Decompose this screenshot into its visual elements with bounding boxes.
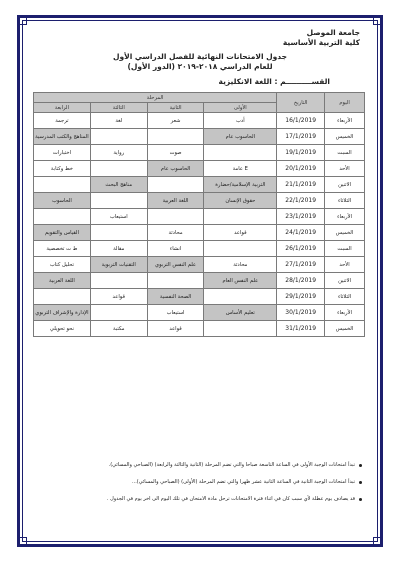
cell-stage-3: التقنيات التربوية: [90, 257, 147, 273]
cell-date: 31/1/2019: [277, 321, 325, 337]
cell-stage-2: علم النفس التربوي: [147, 257, 204, 273]
note-text: قد يصادف يوم عطلة لأي سبب كان في اثناء ف…: [107, 496, 355, 502]
cell-stage-3: [90, 225, 147, 241]
note-item: قد يصادف يوم عطلة لأي سبب كان في اثناء ف…: [32, 496, 362, 502]
cell-day: الأحد: [325, 161, 365, 177]
cell-stage-3: مقالة: [90, 241, 147, 257]
cell-day: الخميس: [325, 225, 365, 241]
col-header-stage-4: الرابعة: [34, 103, 91, 113]
col-header-stage: المرحلة: [34, 93, 277, 103]
exam-schedule-table: اليوم التاريخ المرحلة الأولى الثانية الث…: [33, 92, 365, 337]
corner-ornament: [373, 17, 381, 25]
cell-day: الأربعاء: [325, 209, 365, 225]
table-row: الأربعاء23/1/2019استيعاب: [34, 209, 365, 225]
cell-day: الاثنين: [325, 273, 365, 289]
schedule-title: جدول الامتحانات النهائية للفصل الدراسي ا…: [0, 52, 400, 62]
cell-day: الاثنين: [325, 177, 365, 193]
cell-stage-2: انشاء: [147, 241, 204, 257]
cell-stage-1: [204, 289, 277, 305]
cell-day: الأربعاء: [325, 305, 365, 321]
cell-day: السبت: [325, 145, 365, 161]
cell-stage-1: أدب: [204, 113, 277, 129]
cell-stage-1: تعليم الأساس: [204, 305, 277, 321]
cell-date: 26/1/2019: [277, 241, 325, 257]
cell-stage-1: E عامة: [204, 161, 277, 177]
corner-ornament: [19, 17, 27, 25]
cell-date: 30/1/2019: [277, 305, 325, 321]
cell-date: 16/1/2019: [277, 113, 325, 129]
col-header-day: اليوم: [325, 93, 365, 113]
cell-stage-4: ترجمة: [34, 113, 91, 129]
cell-day: الثلاثاء: [325, 289, 365, 305]
note-item: تبدأ امتحانات الوجبة الأولى في الساعة ال…: [32, 462, 362, 468]
col-header-date: التاريخ: [277, 93, 325, 113]
cell-stage-2: محادثة: [147, 225, 204, 241]
cell-day: الثلاثاء: [325, 193, 365, 209]
table-body: الأربعاء16/1/2019أدبشعرلغةترجمةالخميس17/…: [34, 113, 365, 337]
cell-stage-2: الصحة النفسية: [147, 289, 204, 305]
cell-date: 17/1/2019: [277, 129, 325, 145]
university-name: جامعة الموصل: [283, 28, 360, 38]
cell-date: 23/1/2019: [277, 209, 325, 225]
college-name: كلية التربية الأساسية: [283, 38, 360, 48]
cell-day: السبت: [325, 241, 365, 257]
cell-stage-3: [90, 273, 147, 289]
cell-stage-1: قواعد: [204, 225, 277, 241]
cell-stage-3: [90, 193, 147, 209]
cell-stage-1: حقوق الإنسان: [204, 193, 277, 209]
cell-stage-1: علم النفس العام: [204, 273, 277, 289]
cell-stage-2: شعر: [147, 113, 204, 129]
cell-stage-2: [147, 129, 204, 145]
corner-ornament: [19, 537, 27, 545]
bullet-icon: [359, 464, 362, 467]
cell-stage-2: قواعد: [147, 321, 204, 337]
cell-stage-3: لغة: [90, 113, 147, 129]
bullet-icon: [359, 481, 362, 484]
cell-date: 21/1/2019: [277, 177, 325, 193]
cell-stage-4: الإدارة والإشراف التربوي: [34, 305, 91, 321]
department-label: القســــــــــم : اللغة الانكليزية: [219, 77, 330, 86]
cell-stage-4: [34, 209, 91, 225]
table-row: الخميس24/1/2019قواعدمحادثةالقياس والتقوي…: [34, 225, 365, 241]
cell-stage-3: [90, 305, 147, 321]
note-text: تبدأ امتحانات الوجبة الثانية في الساعة ا…: [132, 479, 355, 485]
cell-date: 27/1/2019: [277, 257, 325, 273]
cell-stage-4: الحاسوب: [34, 193, 91, 209]
col-header-stage-2: الثانية: [147, 103, 204, 113]
table-row: الأحد20/1/2019E عامةالحاسوب عامخط وكتابة: [34, 161, 365, 177]
cell-stage-2: [147, 177, 204, 193]
cell-day: الخميس: [325, 129, 365, 145]
cell-stage-4: ط ت تخصصية: [34, 241, 91, 257]
notes-list: تبدأ امتحانات الوجبة الأولى في الساعة ال…: [32, 462, 362, 513]
cell-stage-2: استيعاب: [147, 305, 204, 321]
cell-stage-3: رواية: [90, 145, 147, 161]
cell-stage-1: التربية الإسلامية/حضارة: [204, 177, 277, 193]
corner-ornament: [373, 537, 381, 545]
cell-stage-3: مكتبة: [90, 321, 147, 337]
cell-stage-4: خط وكتابة: [34, 161, 91, 177]
cell-day: الأربعاء: [325, 113, 365, 129]
cell-date: 28/1/2019: [277, 273, 325, 289]
cell-stage-4: [34, 289, 91, 305]
note-text: تبدأ امتحانات الوجبة الأولى في الساعة ال…: [109, 462, 355, 468]
cell-stage-2: الحاسوب عام: [147, 161, 204, 177]
cell-stage-1: [204, 241, 277, 257]
cell-day: الأحد: [325, 257, 365, 273]
cell-stage-2: صوت: [147, 145, 204, 161]
cell-stage-3: استيعاب: [90, 209, 147, 225]
cell-stage-4: تحليل كتاب: [34, 257, 91, 273]
cell-stage-4: نحو تحويلي: [34, 321, 91, 337]
table-row: الاثنين28/1/2019علم النفس العاماللغة الع…: [34, 273, 365, 289]
cell-stage-4: اختبارات: [34, 145, 91, 161]
table-row: الأربعاء16/1/2019أدبشعرلغةترجمة: [34, 113, 365, 129]
cell-stage-1: [204, 321, 277, 337]
table-row: السبت26/1/2019انشاءمقالةط ت تخصصية: [34, 241, 365, 257]
cell-stage-2: [147, 209, 204, 225]
table-row: الخميس31/1/2019قواعدمكتبةنحو تحويلي: [34, 321, 365, 337]
table-row: الثلاثاء29/1/2019الصحة النفسيةقواعد: [34, 289, 365, 305]
document-title: جدول الامتحانات النهائية للفصل الدراسي ا…: [0, 52, 400, 72]
cell-stage-4: القياس والتقويم: [34, 225, 91, 241]
table-row: الأحد27/1/2019محادثةعلم النفس التربويالت…: [34, 257, 365, 273]
academic-year: للعام الدراسي ٢٠١٨-٢٠١٩ (الدور الأول): [0, 62, 400, 72]
cell-stage-4: [34, 177, 91, 193]
cell-stage-1: محادثة: [204, 257, 277, 273]
cell-date: 29/1/2019: [277, 289, 325, 305]
cell-stage-1: [204, 145, 277, 161]
note-item: تبدأ امتحانات الوجبة الثانية في الساعة ا…: [32, 479, 362, 485]
col-header-stage-1: الأولى: [204, 103, 277, 113]
table-row: الاثنين21/1/2019التربية الإسلامية/حضارةم…: [34, 177, 365, 193]
cell-stage-2: اللغة العربية: [147, 193, 204, 209]
cell-stage-4: المناهج والكتب المدرسية: [34, 129, 91, 145]
cell-day: الخميس: [325, 321, 365, 337]
cell-stage-1: الحاسوب عام: [204, 129, 277, 145]
table-row: الخميس17/1/2019الحاسوب عامالمناهج والكتب…: [34, 129, 365, 145]
cell-stage-3: قواعد: [90, 289, 147, 305]
table-row: الأربعاء30/1/2019تعليم الأساساستيعابالإد…: [34, 305, 365, 321]
cell-date: 24/1/2019: [277, 225, 325, 241]
institution-header: جامعة الموصل كلية التربية الأساسية: [283, 28, 360, 48]
col-header-stage-3: الثالثة: [90, 103, 147, 113]
cell-date: 22/1/2019: [277, 193, 325, 209]
cell-stage-3: [90, 129, 147, 145]
cell-stage-1: [204, 209, 277, 225]
cell-stage-4: اللغة العربية: [34, 273, 91, 289]
cell-date: 19/1/2019: [277, 145, 325, 161]
cell-stage-3: [90, 161, 147, 177]
cell-date: 20/1/2019: [277, 161, 325, 177]
cell-stage-2: [147, 273, 204, 289]
table-row: الثلاثاء22/1/2019حقوق الإنساناللغة العرب…: [34, 193, 365, 209]
cell-stage-3: مناهج البحث: [90, 177, 147, 193]
table-row: السبت19/1/2019صوتروايةاختبارات: [34, 145, 365, 161]
bullet-icon: [359, 498, 362, 501]
